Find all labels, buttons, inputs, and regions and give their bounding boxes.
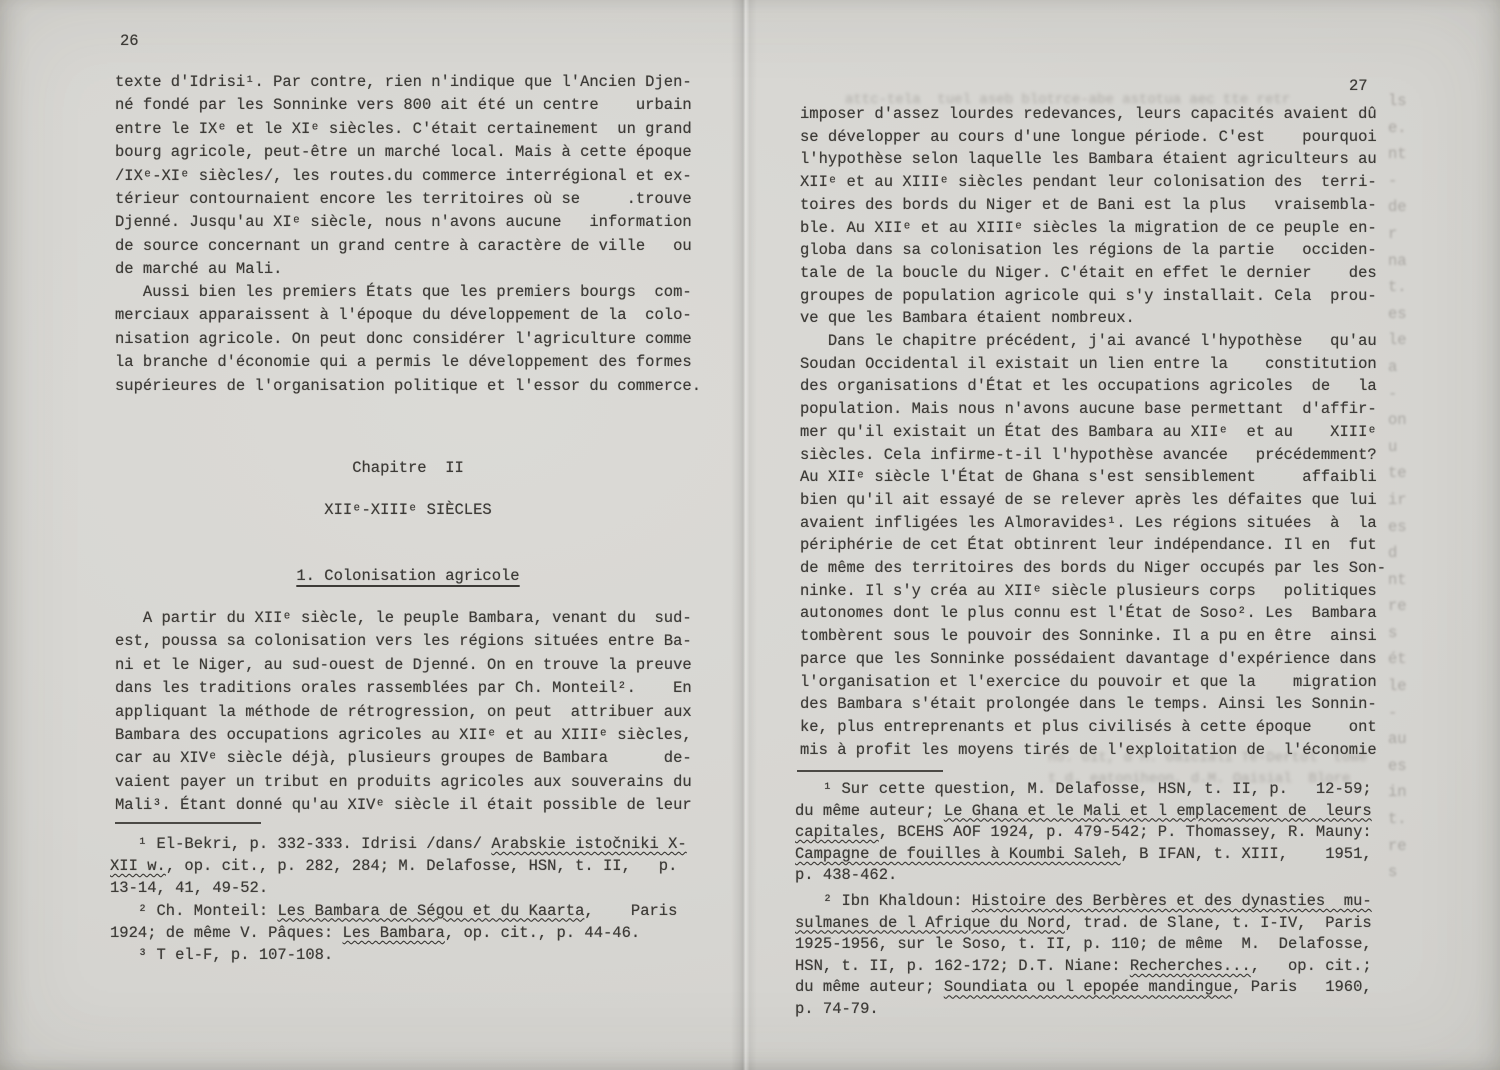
left-footnotes: ¹ El-Bekri, p. 332-333. Idrisi /dans/ Ar… [110, 833, 687, 966]
left-footnote-rule [115, 822, 261, 824]
right-paragraph-2: Dans le chapitre précédent, j'ai avancé … [800, 330, 1386, 761]
right-footnote-2: ² Ibn Khaldoun: Histoire des Berbères et… [795, 891, 1372, 1021]
bleedthrough-right-edge: ls e. nt - de r na t. es le a - on u te … [1388, 88, 1422, 886]
book-scan-spread: 26 texte d'Idrisi¹. Par contre, rien n'i… [0, 0, 1500, 1070]
page-number-left: 26 [120, 30, 139, 53]
section-heading-label: 1. Colonisation agricole [296, 567, 519, 585]
right-paragraph-1: imposer d'assez lourdes redevances, leur… [800, 103, 1377, 330]
left-paragraph-1: texte d'Idrisi¹. Par contre, rien n'indi… [115, 71, 692, 282]
bleedthrough-bottom-right-2: t d. eatoniheon, d.M. Oaisial Blore [1048, 769, 1350, 789]
right-footnote-rule [797, 770, 943, 772]
page-number-right: 27 [1349, 75, 1368, 98]
page-gutter-crease [731, 0, 757, 1070]
chapter-subheading: XIIᵉ-XIIIᵉ SIÈCLES [115, 499, 701, 522]
bleedthrough-bottom-right-1: no. oit, d M. Oaiciali Te-Dertol towe [1048, 748, 1367, 768]
bleedthrough-top-right: attc-tela tuel aseb blotrce-abe astotua … [845, 90, 1290, 110]
left-paragraph-2: Aussi bien les premiers États que les pr… [115, 281, 701, 398]
section-heading: 1. Colonisation agricole [115, 565, 701, 588]
chapter-heading: Chapitre II [115, 457, 701, 480]
right-footnote-1: ¹ Sur cette question, M. Delafosse, HSN,… [795, 779, 1372, 887]
left-paragraph-3: A partir du XIIᵉ siècle, le peuple Bamba… [115, 607, 692, 818]
